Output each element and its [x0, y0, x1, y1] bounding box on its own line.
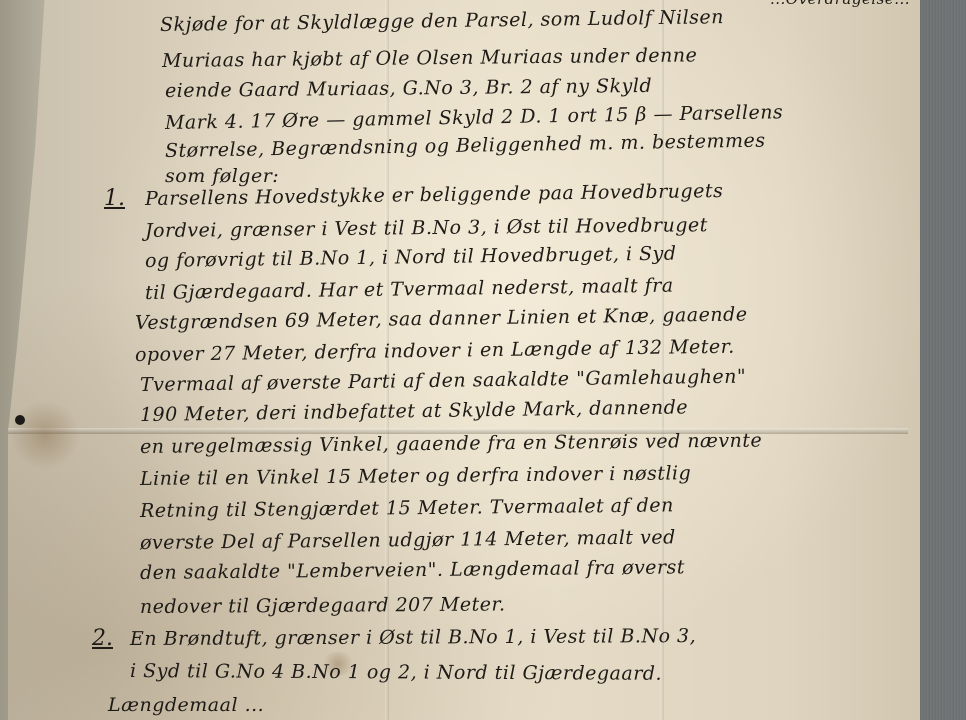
hole-mark [15, 415, 25, 425]
item-number: 2. [92, 626, 113, 651]
text-line: nedover til Gjærdegaard 207 Meter. [140, 593, 506, 618]
text-line: i Syd til G.No 4 B.No 1 og 2, i Nord til… [130, 660, 662, 685]
text-line: som følger: [165, 165, 279, 187]
stain-mark [10, 400, 80, 470]
item-number: 1. [104, 186, 125, 211]
text-line: ...Overdragelse... [770, 0, 910, 8]
text-line: En Brøndtuft, grænser i Øst til B.No 1, … [130, 625, 696, 650]
text-line: Længdemaal ... [108, 694, 264, 716]
